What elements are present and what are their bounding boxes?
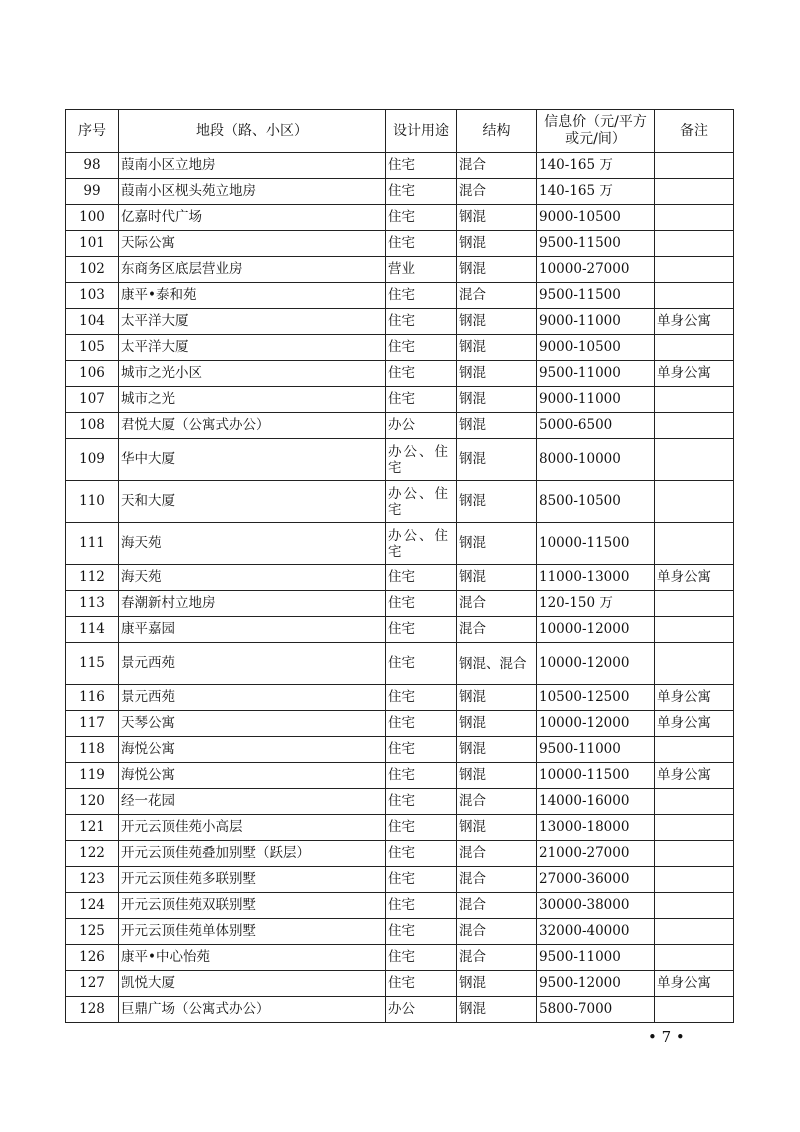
location-cell: 城市之光	[119, 387, 386, 413]
header-remark: 备注	[655, 110, 734, 153]
design-use-cell: 办公、住宅	[386, 523, 457, 565]
design-use-cell: 住宅	[386, 643, 457, 685]
remark-cell: 单身公寓	[655, 711, 734, 737]
table-row: 106城市之光小区住宅钢混9500-11000单身公寓	[66, 361, 734, 387]
row-number: 122	[66, 841, 119, 867]
structure-cell: 钢混	[457, 387, 537, 413]
remark-cell: 单身公寓	[655, 361, 734, 387]
remark-cell	[655, 945, 734, 971]
row-number: 120	[66, 789, 119, 815]
price-cell: 10500-12500	[537, 685, 655, 711]
location-cell: 城市之光小区	[119, 361, 386, 387]
location-cell: 天际公寓	[119, 231, 386, 257]
price-cell: 10000-12000	[537, 617, 655, 643]
row-number: 116	[66, 685, 119, 711]
design-use-cell: 住宅	[386, 309, 457, 335]
design-use-cell: 住宅	[386, 815, 457, 841]
price-cell: 140-165 万	[537, 153, 655, 179]
structure-cell: 混合	[457, 893, 537, 919]
table-row: 107城市之光住宅钢混9000-11000	[66, 387, 734, 413]
row-number: 112	[66, 565, 119, 591]
structure-cell: 混合	[457, 789, 537, 815]
structure-cell: 钢混、混合	[457, 643, 537, 685]
table-row: 124开元云顶佳苑双联别墅住宅混合30000-38000	[66, 893, 734, 919]
price-cell: 10000-12000	[537, 643, 655, 685]
table-row: 110天和大厦办公、住宅钢混8500-10500	[66, 481, 734, 523]
structure-cell: 钢混	[457, 997, 537, 1023]
structure-cell: 混合	[457, 153, 537, 179]
location-cell: 凯悦大厦	[119, 971, 386, 997]
page-number: • 7 •	[648, 1028, 685, 1046]
structure-cell: 钢混	[457, 309, 537, 335]
table-row: 119海悦公寓住宅钢混10000-11500单身公寓	[66, 763, 734, 789]
location-cell: 巨鼎广场（公寓式办公）	[119, 997, 386, 1023]
table-row: 114康平嘉园住宅混合10000-12000	[66, 617, 734, 643]
location-cell: 华中大厦	[119, 439, 386, 481]
price-cell: 10000-27000	[537, 257, 655, 283]
row-number: 118	[66, 737, 119, 763]
row-number: 103	[66, 283, 119, 309]
structure-cell: 钢混	[457, 737, 537, 763]
table-row: 117天琴公寓住宅钢混10000-12000单身公寓	[66, 711, 734, 737]
location-cell: 天和大厦	[119, 481, 386, 523]
row-number: 115	[66, 643, 119, 685]
structure-cell: 钢混	[457, 257, 537, 283]
location-cell: 天琴公寓	[119, 711, 386, 737]
row-number: 126	[66, 945, 119, 971]
design-use-cell: 办公、住宅	[386, 481, 457, 523]
price-cell: 14000-16000	[537, 789, 655, 815]
location-cell: 开元云顶佳苑多联别墅	[119, 867, 386, 893]
design-use-cell: 住宅	[386, 387, 457, 413]
price-cell: 10000-11500	[537, 763, 655, 789]
price-cell: 27000-36000	[537, 867, 655, 893]
housing-price-table: 序号 地段（路、小区） 设计用途 结构 信息价（元/平方或元/间） 备注 98葭…	[65, 109, 734, 1023]
location-cell: 海天苑	[119, 565, 386, 591]
price-cell: 9000-11000	[537, 309, 655, 335]
table-row: 102东商务区底层营业房营业钢混10000-27000	[66, 257, 734, 283]
design-use-cell: 办公	[386, 413, 457, 439]
remark-cell	[655, 283, 734, 309]
table-row: 120经一花园住宅混合14000-16000	[66, 789, 734, 815]
row-number: 108	[66, 413, 119, 439]
structure-cell: 混合	[457, 179, 537, 205]
location-cell: 春潮新村立地房	[119, 591, 386, 617]
price-cell: 9500-11000	[537, 737, 655, 763]
price-cell: 11000-13000	[537, 565, 655, 591]
location-cell: 海悦公寓	[119, 737, 386, 763]
remark-cell	[655, 893, 734, 919]
location-cell: 开元云顶佳苑双联别墅	[119, 893, 386, 919]
price-cell: 9000-11000	[537, 387, 655, 413]
structure-cell: 混合	[457, 867, 537, 893]
row-number: 111	[66, 523, 119, 565]
row-number: 110	[66, 481, 119, 523]
design-use-cell: 住宅	[386, 231, 457, 257]
location-cell: 开元云顶佳苑小高层	[119, 815, 386, 841]
price-cell: 21000-27000	[537, 841, 655, 867]
structure-cell: 钢混	[457, 361, 537, 387]
remark-cell	[655, 481, 734, 523]
table-row: 104太平洋大厦住宅钢混9000-11000单身公寓	[66, 309, 734, 335]
remark-cell	[655, 257, 734, 283]
row-number: 101	[66, 231, 119, 257]
table-row: 121开元云顶佳苑小高层住宅钢混13000-18000	[66, 815, 734, 841]
location-cell: 葭南小区立地房	[119, 153, 386, 179]
design-use-cell: 住宅	[386, 789, 457, 815]
price-cell: 120-150 万	[537, 591, 655, 617]
row-number: 127	[66, 971, 119, 997]
price-cell: 8500-10500	[537, 481, 655, 523]
table-row: 99葭南小区枧头苑立地房住宅混合140-165 万	[66, 179, 734, 205]
location-cell: 康平•泰和苑	[119, 283, 386, 309]
location-cell: 君悦大厦（公寓式办公）	[119, 413, 386, 439]
design-use-cell: 住宅	[386, 737, 457, 763]
row-number: 119	[66, 763, 119, 789]
price-cell: 13000-18000	[537, 815, 655, 841]
remark-cell	[655, 335, 734, 361]
design-use-cell: 住宅	[386, 205, 457, 231]
location-cell: 亿嘉时代广场	[119, 205, 386, 231]
remark-cell	[655, 205, 734, 231]
remark-cell	[655, 387, 734, 413]
design-use-cell: 住宅	[386, 893, 457, 919]
design-use-cell: 住宅	[386, 841, 457, 867]
price-cell: 9500-11500	[537, 283, 655, 309]
location-cell: 经一花园	[119, 789, 386, 815]
structure-cell: 钢混	[457, 413, 537, 439]
table-row: 100亿嘉时代广场住宅钢混9000-10500	[66, 205, 734, 231]
row-number: 98	[66, 153, 119, 179]
row-number: 107	[66, 387, 119, 413]
row-number: 117	[66, 711, 119, 737]
row-number: 99	[66, 179, 119, 205]
structure-cell: 钢混	[457, 205, 537, 231]
remark-cell	[655, 919, 734, 945]
location-cell: 景元西苑	[119, 685, 386, 711]
remark-cell	[655, 841, 734, 867]
structure-cell: 钢混	[457, 763, 537, 789]
price-cell: 32000-40000	[537, 919, 655, 945]
design-use-cell: 住宅	[386, 179, 457, 205]
structure-cell: 钢混	[457, 971, 537, 997]
header-no: 序号	[66, 110, 119, 153]
table-row: 98葭南小区立地房住宅混合140-165 万	[66, 153, 734, 179]
location-cell: 景元西苑	[119, 643, 386, 685]
table-row: 105太平洋大厦住宅钢混9000-10500	[66, 335, 734, 361]
remark-cell	[655, 231, 734, 257]
table-row: 115景元西苑住宅钢混、混合10000-12000	[66, 643, 734, 685]
remark-cell	[655, 591, 734, 617]
design-use-cell: 住宅	[386, 617, 457, 643]
table-header-row: 序号 地段（路、小区） 设计用途 结构 信息价（元/平方或元/间） 备注	[66, 110, 734, 153]
location-cell: 开元云顶佳苑单体别墅	[119, 919, 386, 945]
location-cell: 东商务区底层营业房	[119, 257, 386, 283]
row-number: 102	[66, 257, 119, 283]
location-cell: 海悦公寓	[119, 763, 386, 789]
row-number: 105	[66, 335, 119, 361]
row-number: 128	[66, 997, 119, 1023]
remark-cell	[655, 789, 734, 815]
location-cell: 开元云顶佳苑叠加别墅（跃层）	[119, 841, 386, 867]
structure-cell: 混合	[457, 617, 537, 643]
table-row: 111海天苑办公、住宅钢混10000-11500	[66, 523, 734, 565]
table-row: 128巨鼎广场（公寓式办公）办公钢混5800-7000	[66, 997, 734, 1023]
location-cell: 海天苑	[119, 523, 386, 565]
remark-cell	[655, 617, 734, 643]
structure-cell: 钢混	[457, 523, 537, 565]
structure-cell: 混合	[457, 919, 537, 945]
design-use-cell: 营业	[386, 257, 457, 283]
structure-cell: 钢混	[457, 711, 537, 737]
structure-cell: 钢混	[457, 685, 537, 711]
price-cell: 30000-38000	[537, 893, 655, 919]
remark-cell	[655, 867, 734, 893]
price-cell: 9500-11500	[537, 231, 655, 257]
row-number: 100	[66, 205, 119, 231]
table-row: 127凯悦大厦住宅钢混9500-12000单身公寓	[66, 971, 734, 997]
remark-cell	[655, 997, 734, 1023]
remark-cell	[655, 523, 734, 565]
row-number: 125	[66, 919, 119, 945]
design-use-cell: 住宅	[386, 971, 457, 997]
remark-cell	[655, 439, 734, 481]
table-row: 125开元云顶佳苑单体别墅住宅混合32000-40000	[66, 919, 734, 945]
price-cell: 8000-10000	[537, 439, 655, 481]
row-number: 123	[66, 867, 119, 893]
table-row: 116景元西苑住宅钢混10500-12500单身公寓	[66, 685, 734, 711]
table-row: 126康平•中心怡苑住宅混合9500-11000	[66, 945, 734, 971]
remark-cell: 单身公寓	[655, 763, 734, 789]
price-cell: 9500-12000	[537, 971, 655, 997]
table-row: 112海天苑住宅钢混11000-13000单身公寓	[66, 565, 734, 591]
remark-cell: 单身公寓	[655, 971, 734, 997]
design-use-cell: 住宅	[386, 153, 457, 179]
remark-cell: 单身公寓	[655, 309, 734, 335]
table-row: 123开元云顶佳苑多联别墅住宅混合27000-36000	[66, 867, 734, 893]
header-use: 设计用途	[386, 110, 457, 153]
location-cell: 太平洋大厦	[119, 309, 386, 335]
remark-cell	[655, 815, 734, 841]
price-cell: 9000-10500	[537, 335, 655, 361]
row-number: 114	[66, 617, 119, 643]
table-row: 101天际公寓住宅钢混9500-11500	[66, 231, 734, 257]
design-use-cell: 住宅	[386, 919, 457, 945]
header-price: 信息价（元/平方或元/间）	[537, 110, 655, 153]
row-number: 106	[66, 361, 119, 387]
price-cell: 10000-12000	[537, 711, 655, 737]
price-cell: 9000-10500	[537, 205, 655, 231]
design-use-cell: 办公、住宅	[386, 439, 457, 481]
price-cell: 10000-11500	[537, 523, 655, 565]
price-cell: 5000-6500	[537, 413, 655, 439]
table-row: 108君悦大厦（公寓式办公）办公钢混5000-6500	[66, 413, 734, 439]
design-use-cell: 住宅	[386, 763, 457, 789]
location-cell: 葭南小区枧头苑立地房	[119, 179, 386, 205]
price-cell: 5800-7000	[537, 997, 655, 1023]
design-use-cell: 住宅	[386, 361, 457, 387]
remark-cell: 单身公寓	[655, 685, 734, 711]
design-use-cell: 住宅	[386, 591, 457, 617]
structure-cell: 混合	[457, 945, 537, 971]
structure-cell: 钢混	[457, 335, 537, 361]
structure-cell: 钢混	[457, 815, 537, 841]
design-use-cell: 住宅	[386, 945, 457, 971]
remark-cell	[655, 179, 734, 205]
row-number: 121	[66, 815, 119, 841]
location-cell: 太平洋大厦	[119, 335, 386, 361]
structure-cell: 混合	[457, 283, 537, 309]
row-number: 113	[66, 591, 119, 617]
row-number: 109	[66, 439, 119, 481]
design-use-cell: 住宅	[386, 711, 457, 737]
price-cell: 9500-11000	[537, 945, 655, 971]
structure-cell: 混合	[457, 841, 537, 867]
row-number: 104	[66, 309, 119, 335]
design-use-cell: 住宅	[386, 565, 457, 591]
header-location: 地段（路、小区）	[119, 110, 386, 153]
location-cell: 康平•中心怡苑	[119, 945, 386, 971]
design-use-cell: 住宅	[386, 283, 457, 309]
table-row: 118海悦公寓住宅钢混9500-11000	[66, 737, 734, 763]
table-row: 109华中大厦办公、住宅钢混8000-10000	[66, 439, 734, 481]
structure-cell: 钢混	[457, 565, 537, 591]
location-cell: 康平嘉园	[119, 617, 386, 643]
table-row: 103康平•泰和苑住宅混合9500-11500	[66, 283, 734, 309]
structure-cell: 混合	[457, 591, 537, 617]
row-number: 124	[66, 893, 119, 919]
design-use-cell: 住宅	[386, 867, 457, 893]
structure-cell: 钢混	[457, 439, 537, 481]
table-row: 122开元云顶佳苑叠加别墅（跃层）住宅混合21000-27000	[66, 841, 734, 867]
structure-cell: 钢混	[457, 231, 537, 257]
structure-cell: 钢混	[457, 481, 537, 523]
price-cell: 140-165 万	[537, 179, 655, 205]
remark-cell	[655, 413, 734, 439]
table-row: 113春潮新村立地房住宅混合120-150 万	[66, 591, 734, 617]
remark-cell	[655, 737, 734, 763]
design-use-cell: 住宅	[386, 335, 457, 361]
remark-cell	[655, 153, 734, 179]
design-use-cell: 住宅	[386, 685, 457, 711]
remark-cell: 单身公寓	[655, 565, 734, 591]
remark-cell	[655, 643, 734, 685]
design-use-cell: 办公	[386, 997, 457, 1023]
header-structure: 结构	[457, 110, 537, 153]
price-cell: 9500-11000	[537, 361, 655, 387]
